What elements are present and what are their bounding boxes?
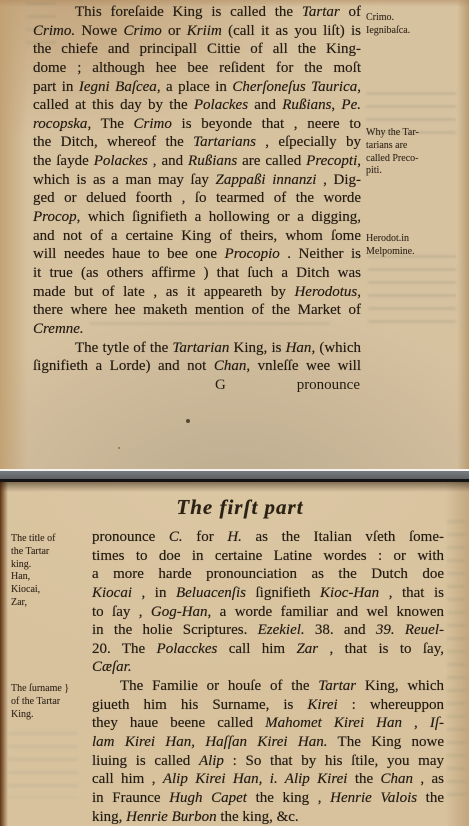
text-line: The tytle of the Tartarian King, is Han,… [33,340,361,359]
text-line: call him , Alip Kirei Han, i. Alip Kirei… [92,771,444,790]
text-line: there where hee maketh mention of the Ma… [33,302,361,321]
text-line: lam Kirei Han, Haſſan Kirei Han. The Kin… [92,734,444,753]
page1-margin-notes: Crimo.Iegnibaſca.Why the Tar-tarians are… [366,0,466,469]
margin-note: The ſurname }of the TartarKing. [11,683,91,721]
page2-margin-notes: The title ofthe Tartarking.Han,Kiocai,Za… [11,482,91,826]
margin-note: Why the Tar-tarians arecalled Preco-piti… [366,127,466,178]
text-line: giueth him his Surname, is Kirei : where… [92,697,444,716]
page2-body-text: pronounce C. for H. as the Italian vſeth… [92,529,444,826]
text-line: Crimo. Nowe Crimo or Kriim (call it as y… [33,23,361,42]
text-line: they haue beene called Mahomet Kirei Han… [92,715,444,734]
text-line: will needes haue to bee one Procopio . N… [33,246,361,265]
text-line: dome ; although hee bee reſident for the… [33,60,361,79]
text-line: it true (as others affirme ) that ſuch a… [33,265,361,284]
catchword: pronounce [297,377,360,394]
signature-mark: G [215,377,226,394]
text-line: times to doe in certaine Latine wordes :… [92,548,444,567]
text-line: in Fraunce Hugh Capet the king , Henrie … [92,790,444,809]
text-line: Cremne. [33,321,361,340]
ink-speck [118,447,120,449]
text-line: ged or delued foorth , ſo tearmed of the… [33,190,361,209]
text-line: 20. The Polacckes call him Zar , that is… [92,641,444,660]
text-line: to ſay , Gog-Han, a worde familiar and w… [92,604,444,623]
text-line: the ſayde Polackes , and Rußians are cal… [33,153,361,172]
signature-line: G pronounce [33,377,361,396]
text-line: This foreſaide King is called the Tartar… [33,4,361,23]
text-line: rocopska, The Crimo is beyonde that , ne… [33,116,361,135]
text-line: Procop, which ſignifieth a hollowing or … [33,209,361,228]
text-line: liuing is called Alip : So that by his ſ… [92,753,444,772]
page1-body-text: This foreſaide King is called the Tartar… [33,4,361,377]
text-line: called at this day by the Polackes and R… [33,97,361,116]
ink-speck [186,419,190,423]
margin-note: Herodot.inMelpomine. [366,233,466,259]
text-line: a more harde pronounciation as the Dutch… [92,566,444,585]
text-line: part in Iegni Baſcea, a place in Cherſon… [33,79,361,98]
text-line: the chiefe and principall Cittie of all … [33,41,361,60]
text-line: ſignifieth a Lorde) and not Chan, vnleſſ… [33,358,361,377]
text-line: Kiocai , in Beluacenſis ſignifieth Kioc-… [92,585,444,604]
text-line: pronounce C. for H. as the Italian vſeth… [92,529,444,548]
book-scan: This foreſaide King is called the Tartar… [0,0,469,826]
bleedthrough-ghost [447,520,465,800]
page-top: This foreſaide King is called the Tartar… [0,0,469,469]
page-bottom: The firſt part pronounce C. for H. as th… [0,482,469,826]
text-line: Cæſar. [92,659,444,678]
text-line: and not of a certaine King of theirs, wh… [33,228,361,247]
text-line: which is as a man may ſay Zappaßi innanz… [33,172,361,191]
text-line: in the holie Scriptures. Ezekiel. 38. an… [92,622,444,641]
text-line: The Familie or houſe of the Tartar King,… [92,678,444,697]
separator-bar [0,471,469,479]
margin-note: The title ofthe Tartarking.Han,Kiocai,Za… [11,533,91,610]
text-line: the Ditch, whereof the Tartarians , eſpe… [33,134,361,153]
text-line: king, Henrie Burbon the king, &c. [92,809,444,826]
running-header: The firſt part [105,495,375,521]
margin-note: Crimo.Iegnibaſca. [366,12,466,38]
text-line: made but of late , as it appeareth by He… [33,284,361,303]
